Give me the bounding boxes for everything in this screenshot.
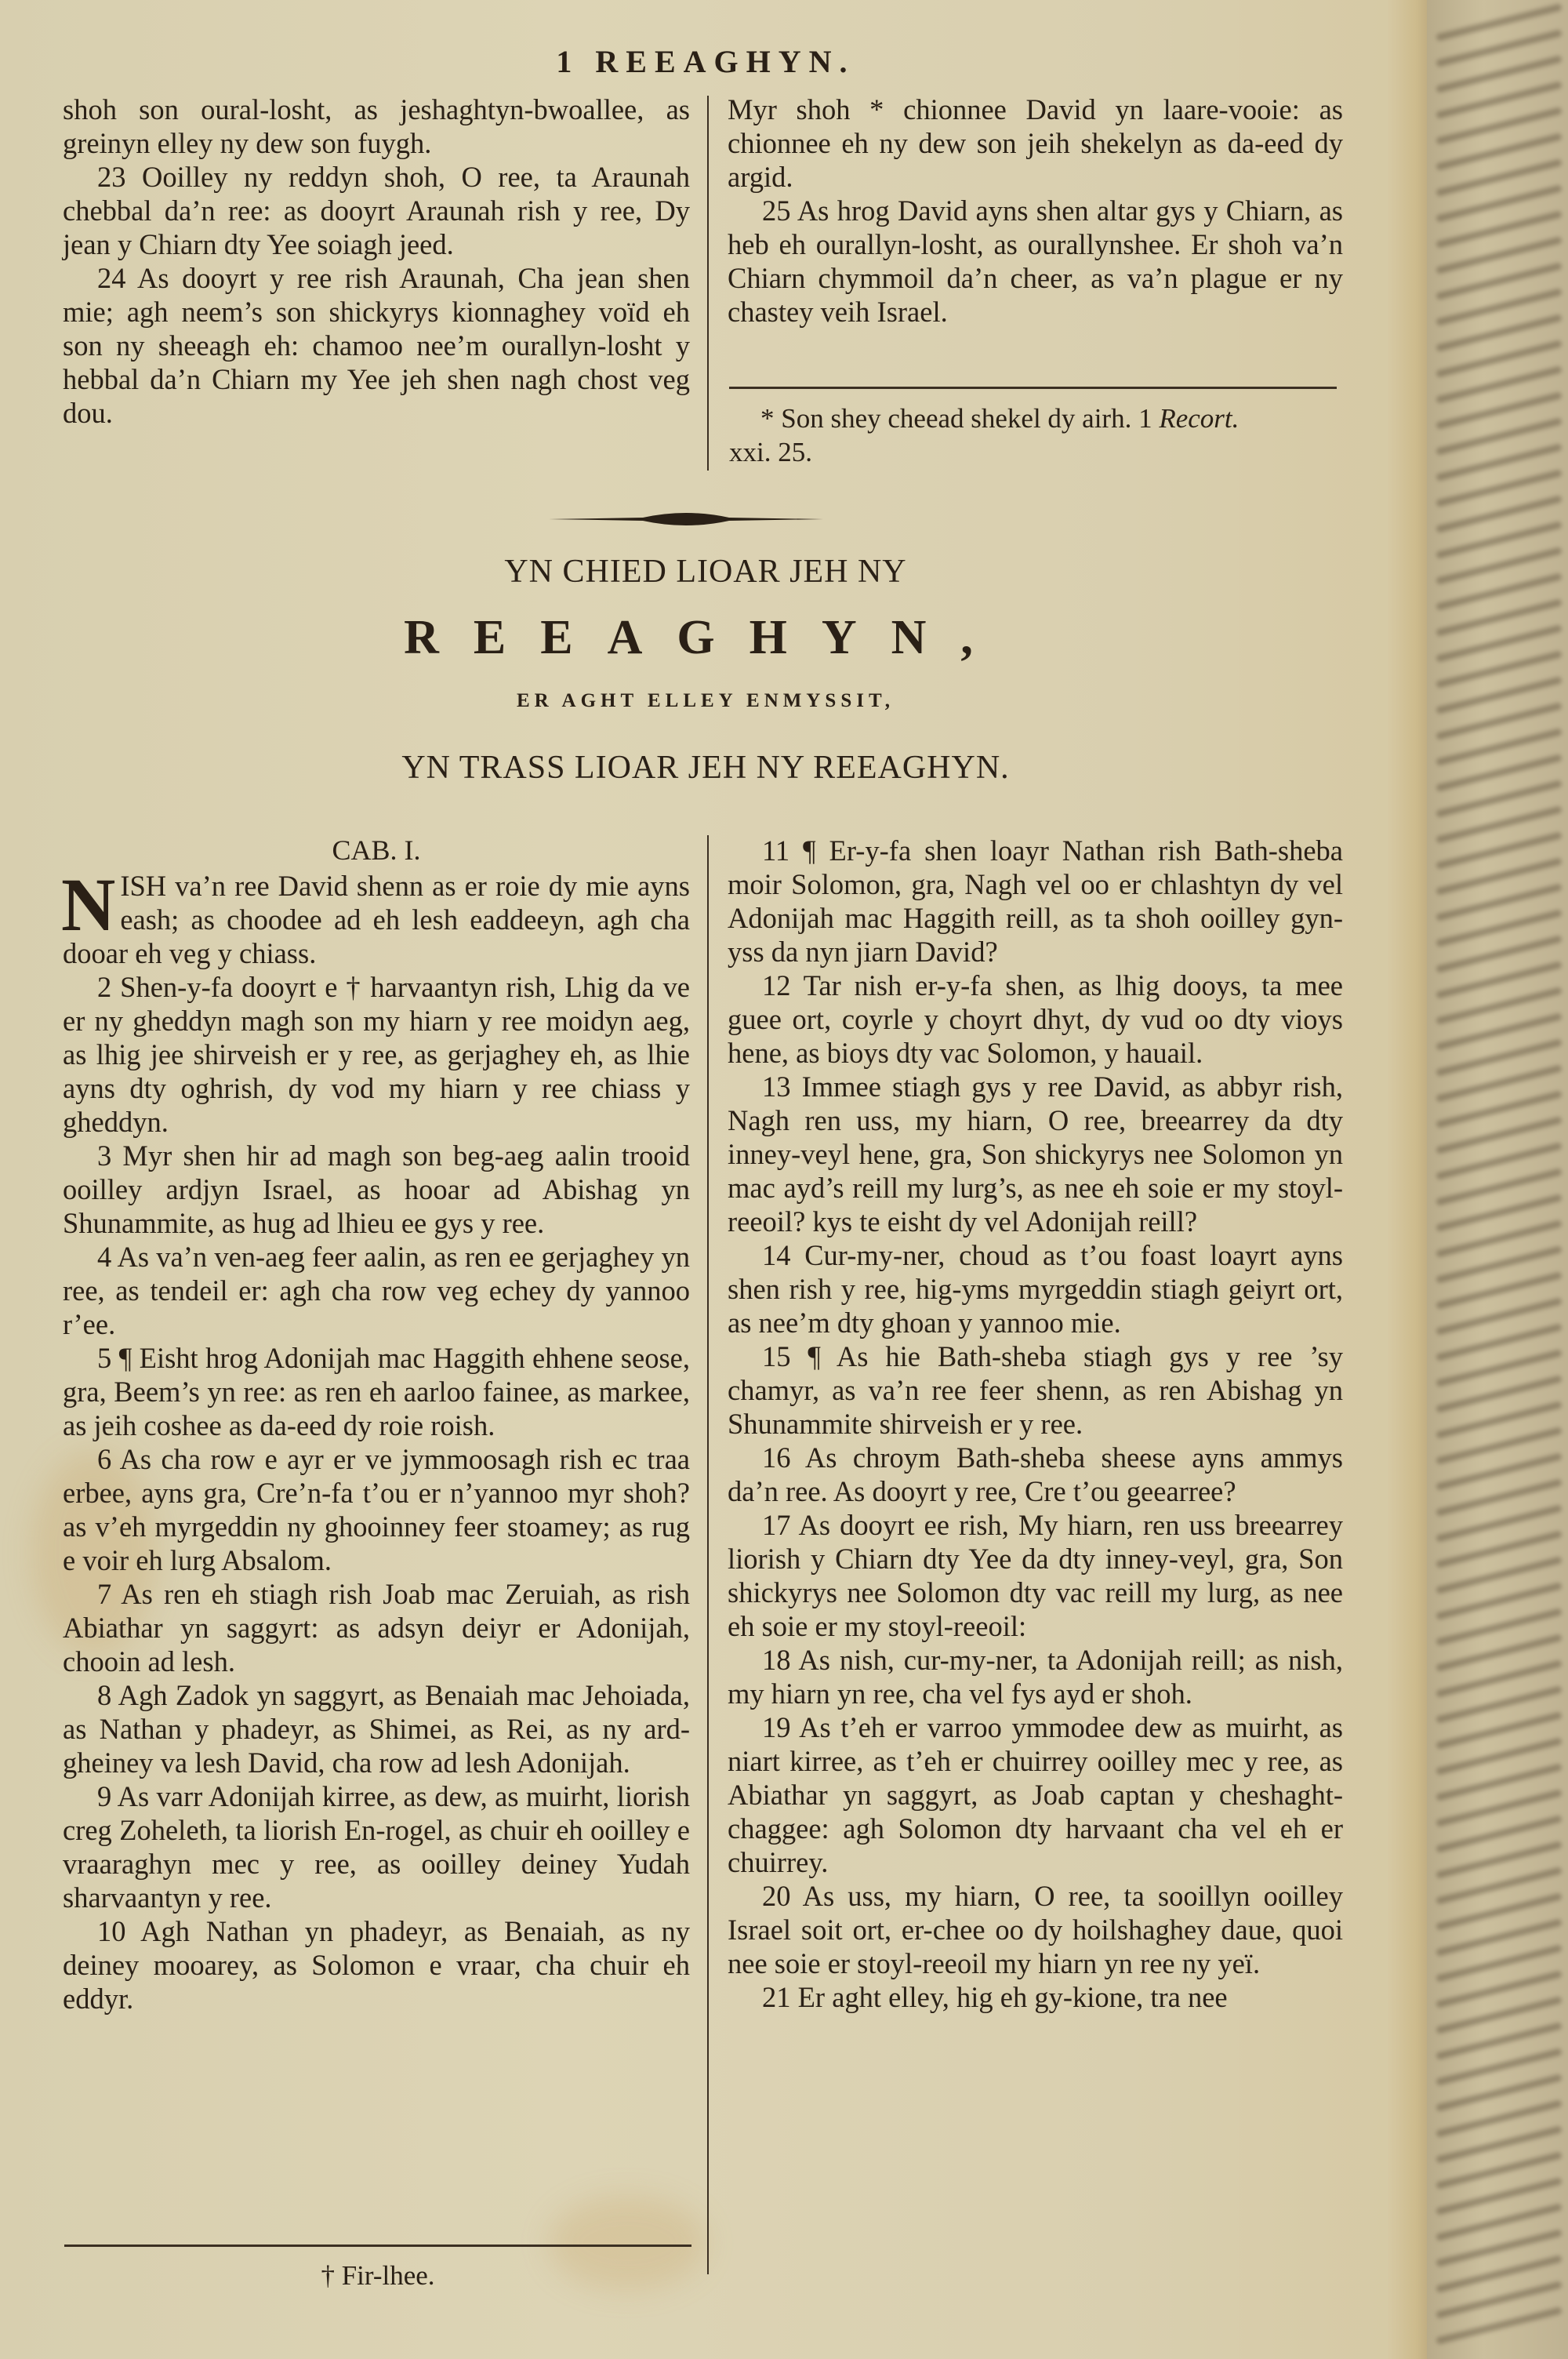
verse-12: 12 Tar nish er-y-fa shen, as lhig dooys,… xyxy=(728,969,1343,1070)
left-footnote: † Fir-lhee. xyxy=(64,2259,691,2292)
verse-1: NISH va’n ree David shenn as er roie dy … xyxy=(63,869,690,970)
verse-11: 11 ¶ Er-y-fa shen loayr Nathan rish Bath… xyxy=(728,834,1343,969)
verse-4: 4 As va’n ven-aeg feer aalin, as ren ee … xyxy=(63,1240,690,1341)
footnote-tail: xxi. 25. xyxy=(729,435,1341,469)
footnote-reference: Recort. xyxy=(1159,403,1239,434)
footnote-rule xyxy=(729,387,1337,389)
verse-text: 24 As dooyrt y ree rish Araunah, Cha jea… xyxy=(63,261,690,430)
column-divider xyxy=(707,96,709,471)
verse-text: 23 Ooilley ny reddyn shoh, O ree, ta Ara… xyxy=(63,160,690,261)
verse-text: Myr shoh * chionnee David yn laare-vooie… xyxy=(728,93,1343,194)
book-title-line4: YN TRASS LIOAR JEH NY REEAGHYN. xyxy=(0,749,1411,787)
verse-10: 10 Agh Nathan yn phadeyr, as Benaiah, as… xyxy=(63,1914,690,2016)
footnote-rule xyxy=(64,2245,691,2247)
verse-9: 9 As varr Adonijah kirree, as dew, as mu… xyxy=(63,1779,690,1914)
ornament-divider-icon xyxy=(549,510,823,529)
book-title-subtitle: ER AGHT ELLEY ENMYSSIT, xyxy=(0,690,1411,712)
verse-16: 16 As chroym Bath-sheba sheese ayns ammy… xyxy=(728,1441,1343,1508)
verse-7: 7 As ren eh stiagh rish Joab mac Zeruiah… xyxy=(63,1577,690,1678)
chapter-heading: CAB. I. xyxy=(63,834,690,867)
verse-19: 19 As t’eh er varroo ymmodee dew as muir… xyxy=(728,1710,1343,1879)
verse-2: 2 Shen-y-fa dooyrt e † harvaantyn rish, … xyxy=(63,970,690,1139)
verse-18: 18 As nish, cur-my-ner, ta Adonijah reil… xyxy=(728,1643,1343,1710)
verse-8: 8 Agh Zadok yn saggyrt, as Benaiah mac J… xyxy=(63,1678,690,1779)
footnote-text: * Son shey cheead shekel dy airh. 1 xyxy=(760,403,1159,434)
verse-21: 21 Er aght elley, hig eh gy-kione, tra n… xyxy=(728,1980,1343,2014)
verse-6: 6 As cha row e ayr er ve jymmoosagh rish… xyxy=(63,1442,690,1577)
main-left-column: CAB. I. NISH va’n ree David shenn as er … xyxy=(63,834,690,2016)
drop-cap: N xyxy=(61,874,115,936)
verse-14: 14 Cur-my-ner, choud as t’ou foast loayr… xyxy=(728,1238,1343,1339)
verse-text: 25 As hrog David ayns shen altar gys y C… xyxy=(728,194,1343,329)
verse-text: shoh son oural-losht, as jeshaghtyn-bwoa… xyxy=(63,93,690,160)
verse-3: 3 Myr shen hir ad magh son beg-aeg aalin… xyxy=(63,1139,690,1240)
verse-20: 20 As uss, my hiarn, O ree, ta sooillyn … xyxy=(728,1879,1343,1980)
verse-text: ISH va’n ree David shenn as er roie dy m… xyxy=(63,870,690,969)
verse-5: 5 ¶ Eisht hrog Adonijah mac Haggith ehhe… xyxy=(63,1341,690,1442)
top-right-column: Myr shoh * chionnee David yn laare-vooie… xyxy=(728,93,1343,329)
facing-page-blurred xyxy=(1427,0,1568,2359)
verse-15: 15 ¶ As hie Bath-sheba stiagh gys y ree … xyxy=(728,1339,1343,1441)
top-footnote: * Son shey cheead shekel dy airh. 1 Reco… xyxy=(729,402,1341,469)
book-title-main: REEAGHYN, xyxy=(0,610,1411,666)
top-left-column: shoh son oural-losht, as jeshaghtyn-bwoa… xyxy=(63,93,690,430)
verse-17: 17 As dooyrt ee rish, My hiarn, ren uss … xyxy=(728,1508,1343,1643)
running-head: 1 REEAGHYN. xyxy=(0,43,1411,80)
column-divider xyxy=(707,835,709,2274)
main-right-column: 11 ¶ Er-y-fa shen loayr Nathan rish Bath… xyxy=(728,834,1343,2014)
book-page: 1 REEAGHYN. shoh son oural-losht, as jes… xyxy=(0,0,1411,2359)
verse-13: 13 Immee stiagh gys y ree David, as abby… xyxy=(728,1070,1343,1238)
book-title-line1: YN CHIED LIOAR JEH NY xyxy=(0,553,1411,591)
